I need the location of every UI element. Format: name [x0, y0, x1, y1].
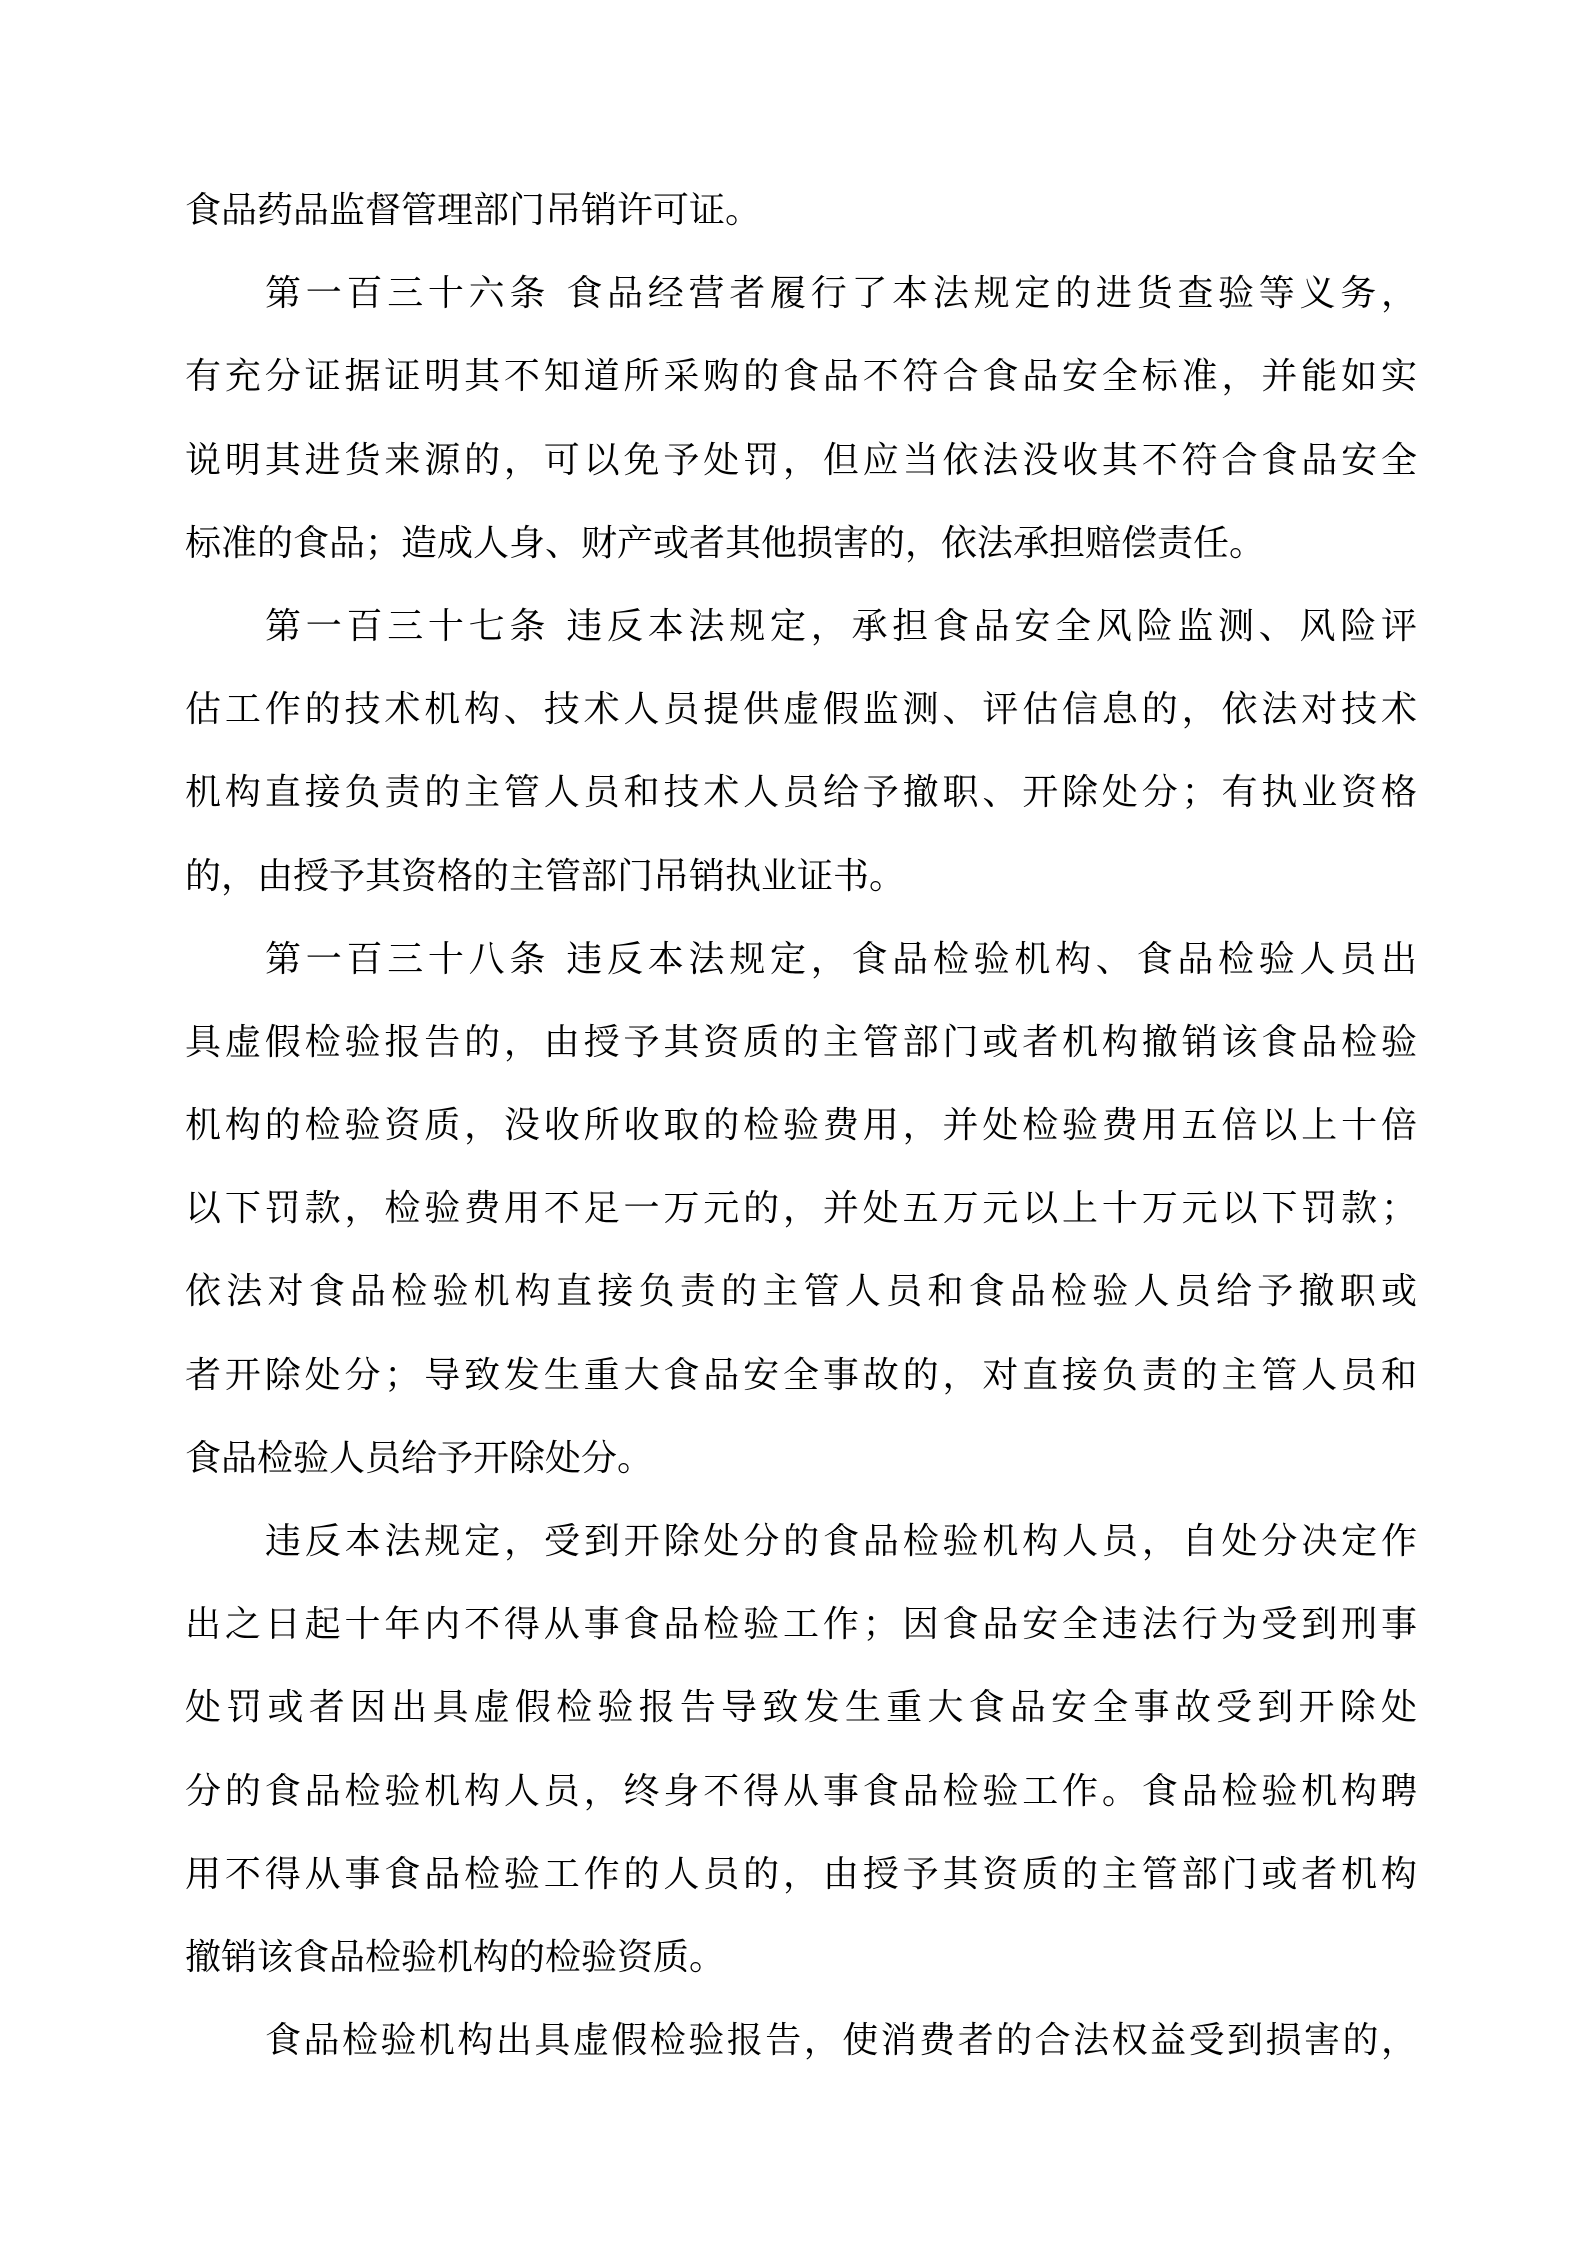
text-line: 第一百三十六条 食品经营者履行了本法规定的进货查验等义务， — [185, 265, 1417, 348]
paragraph-article-137: 第一百三十七条 违反本法规定，承担食品安全风险监测、风险评 估工作的技术机构、技… — [185, 598, 1417, 931]
paragraph-article-138-2: 违反本法规定，受到开除处分的食品检验机构人员，自处分决定作 出之日起十年内不得从… — [185, 1513, 1417, 2012]
paragraph-article-138: 第一百三十八条 违反本法规定，食品检验机构、食品检验人员出 具虚假检验报告的，由… — [185, 931, 1417, 1513]
text-line: 分的食品检验机构人员，终身不得从事食品检验工作。食品检验机构聘 — [185, 1763, 1417, 1846]
text-line: 具虚假检验报告的，由授予其资质的主管部门或者机构撤销该食品检验 — [185, 1014, 1417, 1097]
text-line: 用不得从事食品检验工作的人员的，由授予其资质的主管部门或者机构 — [185, 1846, 1417, 1929]
paragraph-article-136: 第一百三十六条 食品经营者履行了本法规定的进货查验等义务， 有充分证据证明其不知… — [185, 265, 1417, 598]
text-line: 食品检验人员给予开除处分。 — [185, 1430, 1417, 1513]
text-line: 标准的食品；造成人身、财产或者其他损害的，依法承担赔偿责任。 — [185, 515, 1417, 598]
text-line: 者开除处分；导致发生重大食品安全事故的，对直接负责的主管人员和 — [185, 1347, 1417, 1430]
paragraph-article-138-3: 食品检验机构出具虚假检验报告，使消费者的合法权益受到损害的， — [185, 2012, 1417, 2095]
text-line: 估工作的技术机构、技术人员提供虚假监测、评估信息的，依法对技术 — [185, 681, 1417, 764]
text-line: 机构的检验资质，没收所收取的检验费用，并处检验费用五倍以上十倍 — [185, 1097, 1417, 1180]
text-line: 食品药品监督管理部门吊销许可证。 — [185, 182, 1417, 265]
text-line: 出之日起十年内不得从事食品检验工作；因食品安全违法行为受到刑事 — [185, 1596, 1417, 1679]
text-line: 撤销该食品检验机构的检验资质。 — [185, 1929, 1417, 2012]
text-line: 有充分证据证明其不知道所采购的食品不符合食品安全标准，并能如实 — [185, 348, 1417, 431]
text-line: 以下罚款，检验费用不足一万元的，并处五万元以上十万元以下罚款； — [185, 1180, 1417, 1263]
text-line: 说明其进货来源的，可以免予处罚，但应当依法没收其不符合食品安全 — [185, 432, 1417, 515]
text-line: 处罚或者因出具虚假检验报告导致发生重大食品安全事故受到开除处 — [185, 1679, 1417, 1762]
text-line: 违反本法规定，受到开除处分的食品检验机构人员，自处分决定作 — [185, 1513, 1417, 1596]
text-line: 第一百三十七条 违反本法规定，承担食品安全风险监测、风险评 — [185, 598, 1417, 681]
text-line: 的，由授予其资格的主管部门吊销执业证书。 — [185, 848, 1417, 931]
text-line: 依法对食品检验机构直接负责的主管人员和食品检验人员给予撤职或 — [185, 1263, 1417, 1346]
document-page: 食品药品监督管理部门吊销许可证。 第一百三十六条 食品经营者履行了本法规定的进货… — [185, 182, 1417, 2095]
text-line: 食品检验机构出具虚假检验报告，使消费者的合法权益受到损害的， — [185, 2012, 1417, 2095]
paragraph-continuation: 食品药品监督管理部门吊销许可证。 — [185, 182, 1417, 265]
text-line: 第一百三十八条 违反本法规定，食品检验机构、食品检验人员出 — [185, 931, 1417, 1014]
text-line: 机构直接负责的主管人员和技术人员给予撤职、开除处分；有执业资格 — [185, 764, 1417, 847]
